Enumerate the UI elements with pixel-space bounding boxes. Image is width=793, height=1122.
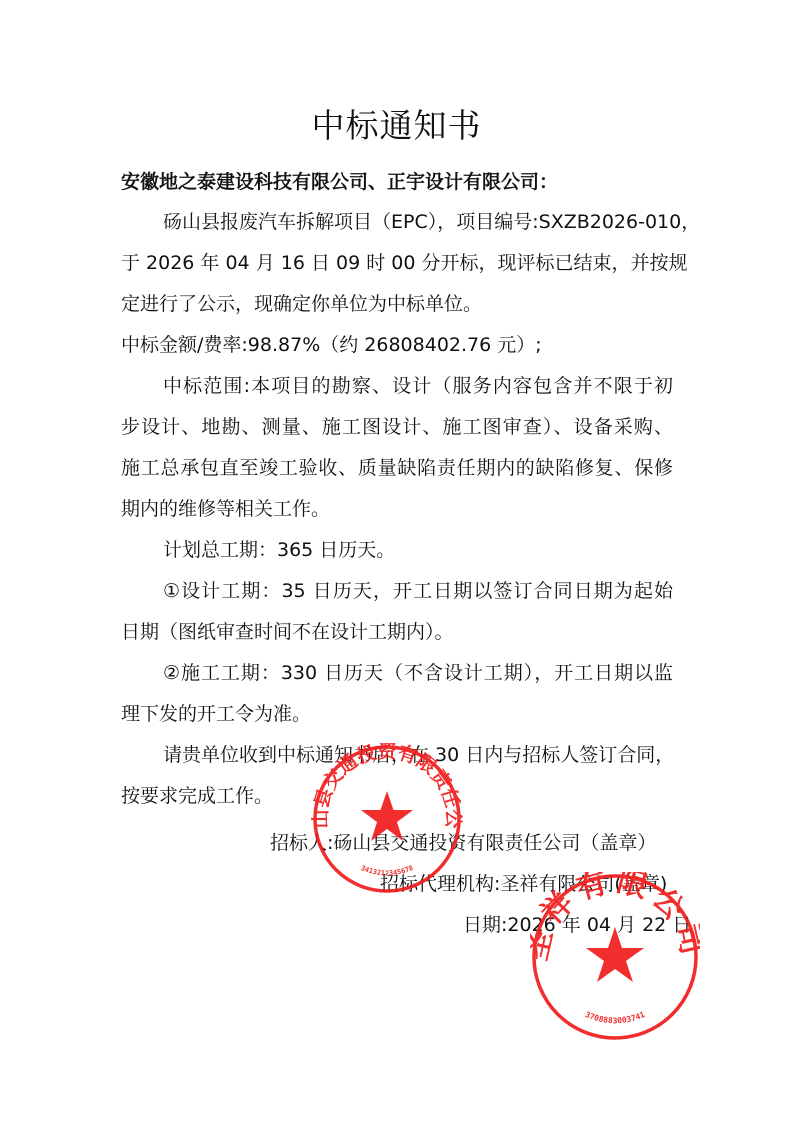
svg-text:3708883003741: 3708883003741 bbox=[584, 1010, 647, 1025]
body-line: 请贵单位收到中标通知书后，在 30 日内与招标人签订合同， bbox=[163, 739, 673, 771]
date-line: 日期:2026 年 04 月 22 日 bbox=[463, 909, 691, 941]
body-line: 施工总承包直至竣工验收、质量缺陷责任期内的缺陷修复、保修 bbox=[121, 452, 673, 484]
body-line: ②施工工期：330 日历天（不含设计工期），开工日期以监 bbox=[163, 657, 673, 689]
body-line: 砀山县报废汽车拆解项目（EPC），项目编号:SXZB2026-010， bbox=[163, 206, 673, 238]
body-line: 于 2026 年 04 月 16 日 09 时 00 分开标，现评标已结束，并按… bbox=[121, 247, 673, 279]
body-line: 定进行了公示，现确定你单位为中标单位。 bbox=[121, 288, 673, 320]
body-line: 日期（图纸审查时间不在设计工期内）。 bbox=[121, 616, 673, 648]
salutation: 安徽地之泰建设科技有限公司、正宇设计有限公司： bbox=[121, 166, 558, 198]
body-line: 中标范围:本项目的勘察、设计（服务内容包含并不限于初 bbox=[163, 370, 673, 402]
agency-seal-code: 3708883003741 bbox=[584, 1010, 647, 1025]
body-line: 计划总工期：365 日历天。 bbox=[163, 534, 673, 566]
tenderer-signature-line: 招标人:砀山县交通投资有限责任公司（盖章） bbox=[270, 827, 656, 859]
document-page: 中标通知书 安徽地之泰建设科技有限公司、正宇设计有限公司： 砀山县报废汽车拆解项… bbox=[0, 0, 793, 1122]
body-line: 步设计、地勘、测量、施工图设计、施工图审查）、设备采购、 bbox=[121, 411, 673, 443]
body-line: 按要求完成工作。 bbox=[121, 780, 673, 812]
body-line: 期内的维修等相关工作。 bbox=[121, 493, 673, 525]
document-title: 中标通知书 bbox=[0, 104, 793, 148]
agency-signature-line: 招标代理机构:圣祥有限公司(盖章) bbox=[380, 868, 667, 900]
body-line: ①设计工期：35 日历天，开工日期以签订合同日期为起始 bbox=[163, 575, 673, 607]
body-line: 中标金额/费率:98.87%（约 26808402.76 元）; bbox=[121, 329, 673, 361]
body-line: 理下发的开工令为准。 bbox=[121, 698, 673, 730]
